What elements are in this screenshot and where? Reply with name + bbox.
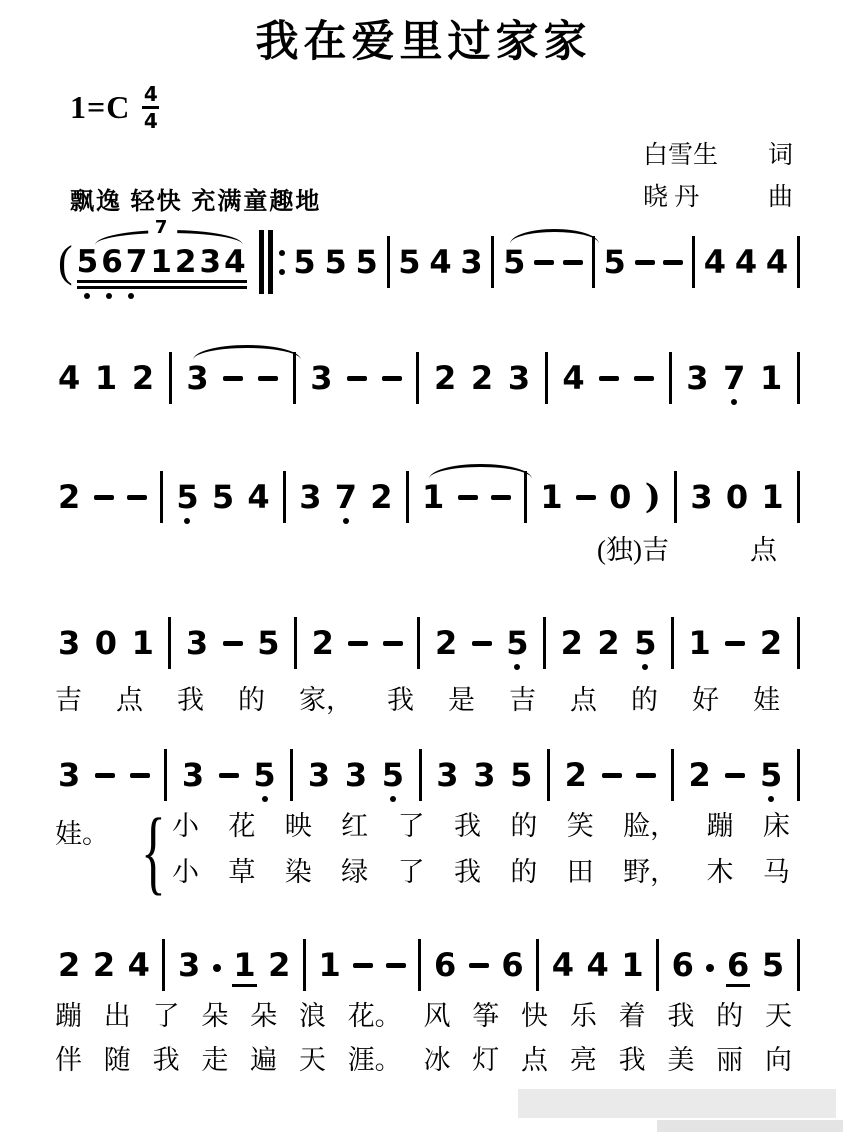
augmentation-dot <box>213 964 221 972</box>
lyric-syllable: 田 <box>567 856 594 888</box>
eighth-underline <box>726 984 750 987</box>
barline <box>543 617 546 669</box>
note: 2 <box>58 481 80 513</box>
lyric-verse-3-row-1: 蹦出了朵朵浪花。风筝快乐着我的天 <box>55 1000 792 1032</box>
lyric-syllable: 了 <box>398 856 425 888</box>
lyric-verse-2-row-2: 小草染绿了我的田野，木马 <box>172 856 790 888</box>
lyric-syllable: 脸， <box>623 810 677 842</box>
dash-extension <box>127 495 147 500</box>
sixteenth-beam-line <box>77 280 247 283</box>
measures-row: 412332234371 <box>58 348 800 408</box>
lyric-syllable: 美 <box>667 1044 694 1076</box>
open-parenthesis: ( <box>58 240 73 284</box>
note: 3 <box>460 246 482 278</box>
lyric-syllable: 随 <box>104 1044 131 1076</box>
dash-extension <box>635 260 655 265</box>
note: 2 <box>434 362 456 394</box>
barline <box>669 352 672 404</box>
barline <box>797 939 800 991</box>
lyric-syllable: 我 <box>619 1044 646 1076</box>
note: 2 <box>471 362 493 394</box>
note: 2 <box>435 627 457 659</box>
music-line-1: ( 5671234 7 55554355444 <box>58 232 800 292</box>
low-octave-dot <box>768 796 774 802</box>
lyric-syllable: 染 <box>285 856 312 888</box>
lyric-syllable: 天 <box>299 1044 326 1076</box>
note: 0 <box>95 627 117 659</box>
note: 3 <box>473 759 495 791</box>
lyric-syllable: 的 <box>510 856 537 888</box>
note: 3 <box>186 627 208 659</box>
barline <box>491 236 494 288</box>
song-title: 我在爱里过家家 <box>0 8 847 69</box>
note: 5 <box>760 759 782 791</box>
note: 2 <box>93 949 115 981</box>
note: 4 <box>562 362 584 394</box>
note: 5 <box>398 246 420 278</box>
note: 7 <box>723 362 745 394</box>
barline <box>656 939 659 991</box>
note: 2 <box>370 481 392 513</box>
dash-extension <box>634 376 654 381</box>
note: 4 <box>587 949 609 981</box>
lyric-syllable: 娃 <box>753 684 780 716</box>
lyric-syllable: 我 <box>177 684 204 716</box>
note: 1 <box>621 949 643 981</box>
lyric-syllable: 出 <box>104 1000 131 1032</box>
note: 3 <box>508 362 530 394</box>
lyric-syllable: 亮 <box>570 1044 597 1076</box>
dash-extension <box>258 376 278 381</box>
note: 2 <box>268 949 290 981</box>
dash-extension <box>223 376 243 381</box>
dash-extension <box>223 641 243 646</box>
note: 0 <box>609 481 631 513</box>
dash-extension <box>348 641 368 646</box>
lyric-syllable: 遍 <box>250 1044 277 1076</box>
time-signature-denominator: 4 <box>144 111 158 131</box>
lyric-syllable: 点 <box>570 684 597 716</box>
lyric-carryover-syllable: 娃。 <box>55 812 109 851</box>
measures-row: 335335335225 <box>58 745 800 805</box>
note: 3 <box>690 481 712 513</box>
dash-extension <box>472 641 492 646</box>
note: 5 <box>510 759 532 791</box>
note: 5 <box>603 246 625 278</box>
note: 4 <box>247 481 269 513</box>
note: 2 <box>597 627 619 659</box>
barline <box>536 939 539 991</box>
note: 3 <box>436 759 458 791</box>
barline <box>671 749 674 801</box>
note: 6 <box>727 949 749 981</box>
lyric-syllable: 灯 <box>472 1044 499 1076</box>
note: 1 <box>319 949 341 981</box>
note: 5 <box>293 246 315 278</box>
note: 5 <box>324 246 346 278</box>
lyric-syllable: 乐 <box>570 1000 597 1032</box>
barline <box>290 749 293 801</box>
lyric-syllable: 小 <box>172 810 199 842</box>
lyric-syllable: 我 <box>454 810 481 842</box>
music-line-2: 412332234371 <box>58 348 800 408</box>
lyric-syllable: 我 <box>153 1044 180 1076</box>
repeat-begin-barline <box>259 230 285 294</box>
lyric-solo-label: (独)吉点 <box>597 534 777 566</box>
barline <box>417 617 420 669</box>
low-octave-dot <box>343 518 349 524</box>
dash-extension <box>469 963 489 968</box>
dash-extension <box>130 773 150 778</box>
lyric-verse-2-row-1: 小花映红了我的笑脸，蹦床 <box>172 810 790 842</box>
music-line-4: 3013522522512 <box>58 613 800 673</box>
lyric-syllable: 绿 <box>341 856 368 888</box>
composer-name: 晓 丹 <box>643 177 699 213</box>
barline <box>419 749 422 801</box>
verse-brace: { <box>141 804 166 900</box>
dash-extension <box>353 963 373 968</box>
lyric-syllable: 走 <box>201 1044 228 1076</box>
lyric-syllable: 红 <box>341 810 368 842</box>
note: 4 <box>429 246 451 278</box>
lyric-syllable: 马 <box>763 856 790 888</box>
scan-artifact-rectangle <box>518 1089 836 1118</box>
note: 2 <box>132 362 154 394</box>
low-octave-dot <box>731 399 737 405</box>
dash-extension <box>599 376 619 381</box>
note: 3 <box>310 362 332 394</box>
note: 1 <box>689 627 711 659</box>
barline <box>692 236 695 288</box>
tempo-marking: 飘逸 轻快 充满童趣地 <box>70 181 321 216</box>
lyric-syllable: (独)吉 <box>597 534 669 566</box>
measures-row: 224312166441665 <box>58 935 800 995</box>
lyric-syllable: 向 <box>765 1044 792 1076</box>
barline <box>671 617 674 669</box>
barline <box>797 471 800 523</box>
lyric-syllable: 好 <box>692 684 719 716</box>
note: 5 <box>503 246 525 278</box>
barline <box>164 749 167 801</box>
lyric-syllable: 小 <box>172 856 199 888</box>
dash-extension <box>636 773 656 778</box>
dash-extension <box>386 963 406 968</box>
barline <box>545 352 548 404</box>
note: 4 <box>704 246 726 278</box>
lyric-syllable: 花 <box>228 810 255 842</box>
barline <box>406 471 409 523</box>
scan-artifact-rectangle <box>657 1120 843 1132</box>
note: 2 <box>565 759 587 791</box>
dash-extension <box>725 773 745 778</box>
lyric-syllable: 野， <box>623 856 677 888</box>
note: 5 <box>762 949 784 981</box>
note: 6 <box>672 949 694 981</box>
note: 3 <box>186 362 208 394</box>
lyric-syllable: 伴 <box>55 1044 82 1076</box>
key-signature: 1=C <box>70 89 130 126</box>
lyric-syllable: 的 <box>716 1000 743 1032</box>
note: 4 <box>766 246 788 278</box>
sixteenth-beam-line <box>77 286 247 289</box>
note: 3 <box>686 362 708 394</box>
lyric-syllable: 了 <box>398 810 425 842</box>
note: 4 <box>128 949 150 981</box>
lyricist-credit: 白雪生 词 <box>643 132 793 174</box>
low-octave-dot <box>514 664 520 670</box>
lyric-syllable: 我 <box>454 856 481 888</box>
dash-extension <box>563 260 583 265</box>
lyric-syllable: 床 <box>763 810 790 842</box>
lyric-syllable: 冰 <box>423 1044 450 1076</box>
barline <box>169 352 172 404</box>
lyric-syllable: 花。 <box>348 1000 402 1032</box>
lyric-syllable: 天 <box>765 1000 792 1032</box>
dash-extension <box>219 773 239 778</box>
lyric-syllable: 我 <box>667 1000 694 1032</box>
lyric-syllable: 点 <box>750 534 777 566</box>
note: 3 <box>345 759 367 791</box>
measures-row: 3013522522512 <box>58 613 800 673</box>
dash-extension <box>576 495 596 500</box>
barline <box>283 471 286 523</box>
dash-extension <box>534 260 554 265</box>
note: 2 <box>58 949 80 981</box>
note: 3 <box>182 759 204 791</box>
barline <box>674 471 677 523</box>
barline <box>416 352 419 404</box>
time-signature-numerator: 4 <box>144 84 158 104</box>
lyricist-role: 词 <box>768 135 793 171</box>
lyric-syllable: 是 <box>448 684 475 716</box>
tie-slur <box>510 229 600 244</box>
barline <box>524 471 527 523</box>
lyric-syllable: 浪 <box>299 1000 326 1032</box>
lyric-syllable: 了 <box>153 1000 180 1032</box>
lyric-verse-1: 吉点我的家，我是吉点的好娃 <box>55 684 780 716</box>
dash-extension <box>347 376 367 381</box>
note: 7 <box>335 481 357 513</box>
note: 1 <box>95 362 117 394</box>
dash-extension <box>382 376 402 381</box>
note: 3 <box>58 759 80 791</box>
low-octave-dot <box>262 796 268 802</box>
low-octave-dot <box>184 518 190 524</box>
lyric-syllable: 涯。 <box>348 1044 402 1076</box>
barline <box>418 939 421 991</box>
dash-extension <box>602 773 622 778</box>
barline <box>168 617 171 669</box>
composer-role: 曲 <box>768 177 793 213</box>
barline <box>797 617 800 669</box>
dash-extension <box>95 773 115 778</box>
lyric-syllable: 的 <box>238 684 265 716</box>
lyric-syllable: 丽 <box>716 1044 743 1076</box>
intro-notes: 5671234 7 <box>75 247 251 278</box>
lyric-syllable: 筝 <box>472 1000 499 1032</box>
lyric-syllable: 风 <box>423 1000 450 1032</box>
lyric-syllable: 着 <box>619 1000 646 1032</box>
eighth-underline <box>232 984 256 987</box>
credits: 白雪生 词 晓 丹 曲 <box>643 132 793 216</box>
lyric-syllable: 蹦 <box>55 1000 82 1032</box>
low-octave-dot <box>390 796 396 802</box>
barline <box>797 236 800 288</box>
note: 5 <box>634 627 656 659</box>
note: 3 <box>299 481 321 513</box>
barline <box>160 471 163 523</box>
lyric-syllable: 吉 <box>55 684 82 716</box>
note: 1 <box>760 362 782 394</box>
note: 3 <box>178 949 200 981</box>
low-octave-dot <box>642 664 648 670</box>
note: 6 <box>434 949 456 981</box>
augmentation-dot <box>706 964 714 972</box>
measures-row: 55554355444 <box>259 232 800 292</box>
lyric-syllable: 朵 <box>201 1000 228 1032</box>
note: 1 <box>540 481 562 513</box>
lyric-syllable: 快 <box>521 1000 548 1032</box>
lyric-syllable: 的 <box>631 684 658 716</box>
lyric-syllable: 映 <box>285 810 312 842</box>
note: 0 <box>726 481 748 513</box>
note: 2 <box>312 627 334 659</box>
note: 4 <box>735 246 757 278</box>
lyric-syllable: 蹦 <box>707 810 734 842</box>
note: 5 <box>253 759 275 791</box>
lyric-syllable: 家， <box>299 684 353 716</box>
note: 3 <box>308 759 330 791</box>
barline <box>592 236 595 288</box>
note: 1 <box>761 481 783 513</box>
lyric-syllable: 木 <box>707 856 734 888</box>
barline <box>387 236 390 288</box>
note: 5 <box>212 481 234 513</box>
lyric-syllable: 点 <box>521 1044 548 1076</box>
key-time-signature: 1=C 4 4 <box>70 84 159 131</box>
time-signature: 4 4 <box>142 84 159 131</box>
note: 6 <box>501 949 523 981</box>
lyric-syllable: 朵 <box>250 1000 277 1032</box>
note: 5 <box>382 759 404 791</box>
dash-extension <box>725 641 745 646</box>
barline <box>547 749 550 801</box>
music-line-6: 224312166441665 <box>58 935 800 995</box>
music-line-5: 335335335225 <box>58 745 800 805</box>
note: 5 <box>506 627 528 659</box>
lyric-verse-3-row-2: 伴随我走遍天涯。冰灯点亮我美丽向 <box>55 1044 792 1076</box>
intro-pickup: ( 5671234 7 <box>58 240 251 284</box>
note: 2 <box>561 627 583 659</box>
dash-extension <box>383 641 403 646</box>
note: 1 <box>422 481 444 513</box>
barline <box>797 352 800 404</box>
music-line-3: 2554372110)301 <box>58 467 800 527</box>
measures-row: 2554372110)301 <box>58 467 800 527</box>
dash-extension <box>458 495 478 500</box>
dash-extension <box>94 495 114 500</box>
lyric-syllable: 点 <box>116 684 143 716</box>
lyricist-name: 白雪生 <box>643 135 718 171</box>
lyric-syllable: 笑 <box>567 810 594 842</box>
note: 4 <box>552 949 574 981</box>
tie-slur <box>193 345 301 360</box>
lyric-syllable: 的 <box>510 810 537 842</box>
note: 1 <box>132 627 154 659</box>
note: 3 <box>58 627 80 659</box>
dash-extension <box>491 495 511 500</box>
dash-extension <box>663 260 683 265</box>
low-octave-dots <box>84 293 134 299</box>
note: 2 <box>688 759 710 791</box>
tuplet-number: 7 <box>148 219 178 237</box>
barline <box>303 939 306 991</box>
composer-credit: 晓 丹 曲 <box>643 174 793 216</box>
lyric-syllable: 我 <box>387 684 414 716</box>
barline <box>162 939 165 991</box>
note: 2 <box>760 627 782 659</box>
note: 4 <box>58 362 80 394</box>
barline <box>293 352 296 404</box>
note: 5 <box>176 481 198 513</box>
lyric-syllable: 草 <box>228 856 255 888</box>
lyric-syllable: 吉 <box>509 684 536 716</box>
tie-slur <box>429 464 532 479</box>
barline <box>797 749 800 801</box>
parenthesis: ) <box>645 480 661 514</box>
note: 5 <box>355 246 377 278</box>
note: 5 <box>257 627 279 659</box>
note: 1 <box>233 949 255 981</box>
barline <box>294 617 297 669</box>
